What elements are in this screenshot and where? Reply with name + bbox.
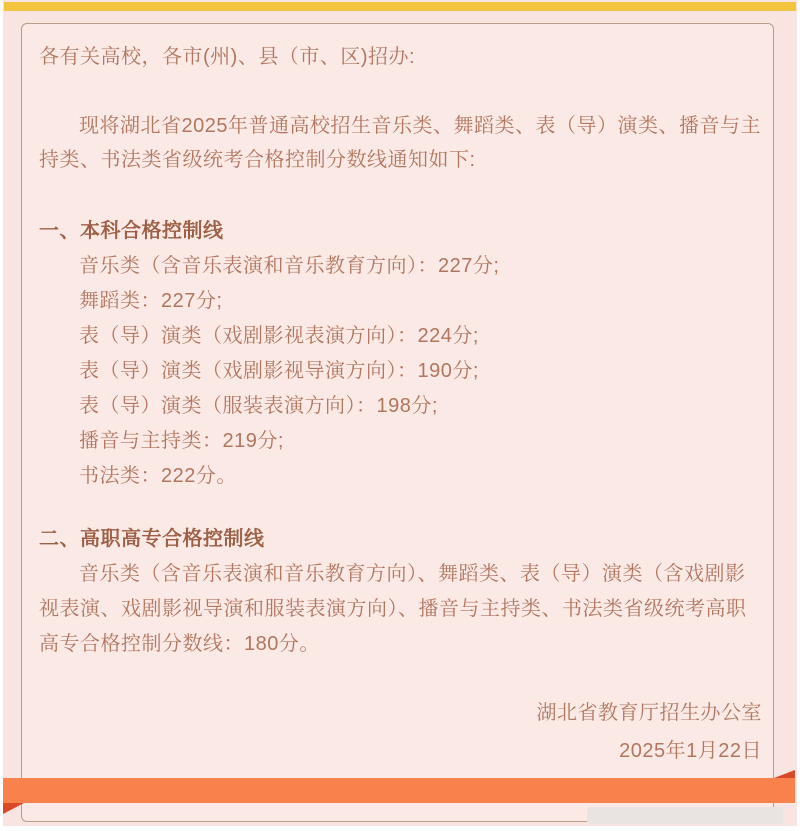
section-1-heading: 一、本科合格控制线 xyxy=(39,214,762,243)
intro-paragraph: 现将湖北省2025年普通高校招生音乐类、舞蹈类、表（导）演类、播音与主持类、书法… xyxy=(39,109,762,177)
bottom-ribbon xyxy=(3,778,795,803)
score-line: 表（导）演类（服装表演方向）：198分; xyxy=(39,389,762,424)
score-line: 表（导）演类（戏剧影视导演方向）：190分; xyxy=(39,354,762,389)
notice-card: 各有关高校，各市(州)、县（市、区)招办: 现将湖北省2025年普通高校招生音乐… xyxy=(21,23,774,822)
section-2-heading: 二、高职高专合格控制线 xyxy=(39,522,762,551)
score-list: 音乐类（含音乐表演和音乐教育方向）：227分; 舞蹈类：227分; 表（导）演类… xyxy=(39,249,762,494)
salutation-text: 各有关高校，各市(州)、县（市、区)招办: xyxy=(39,42,762,72)
score-line: 舞蹈类：227分; xyxy=(39,284,762,319)
bottom-gray-strip xyxy=(587,807,783,824)
date-text: 2025年1月22日 xyxy=(39,736,762,766)
score-line: 表（导）演类（戏剧影视表演方向）：224分; xyxy=(39,319,762,354)
top-accent-bar xyxy=(4,2,796,11)
signature-text: 湖北省教育厅招生办公室 xyxy=(39,698,762,728)
score-line: 书法类：222分。 xyxy=(39,459,762,494)
section-2-paragraph: 音乐类（含音乐表演和音乐教育方向）、舞蹈类、表（导）演类（含戏剧影视表演、戏剧影… xyxy=(39,557,762,662)
score-line: 音乐类（含音乐表演和音乐教育方向）：227分; xyxy=(39,249,762,284)
score-line: 播音与主持类：219分; xyxy=(39,424,762,459)
